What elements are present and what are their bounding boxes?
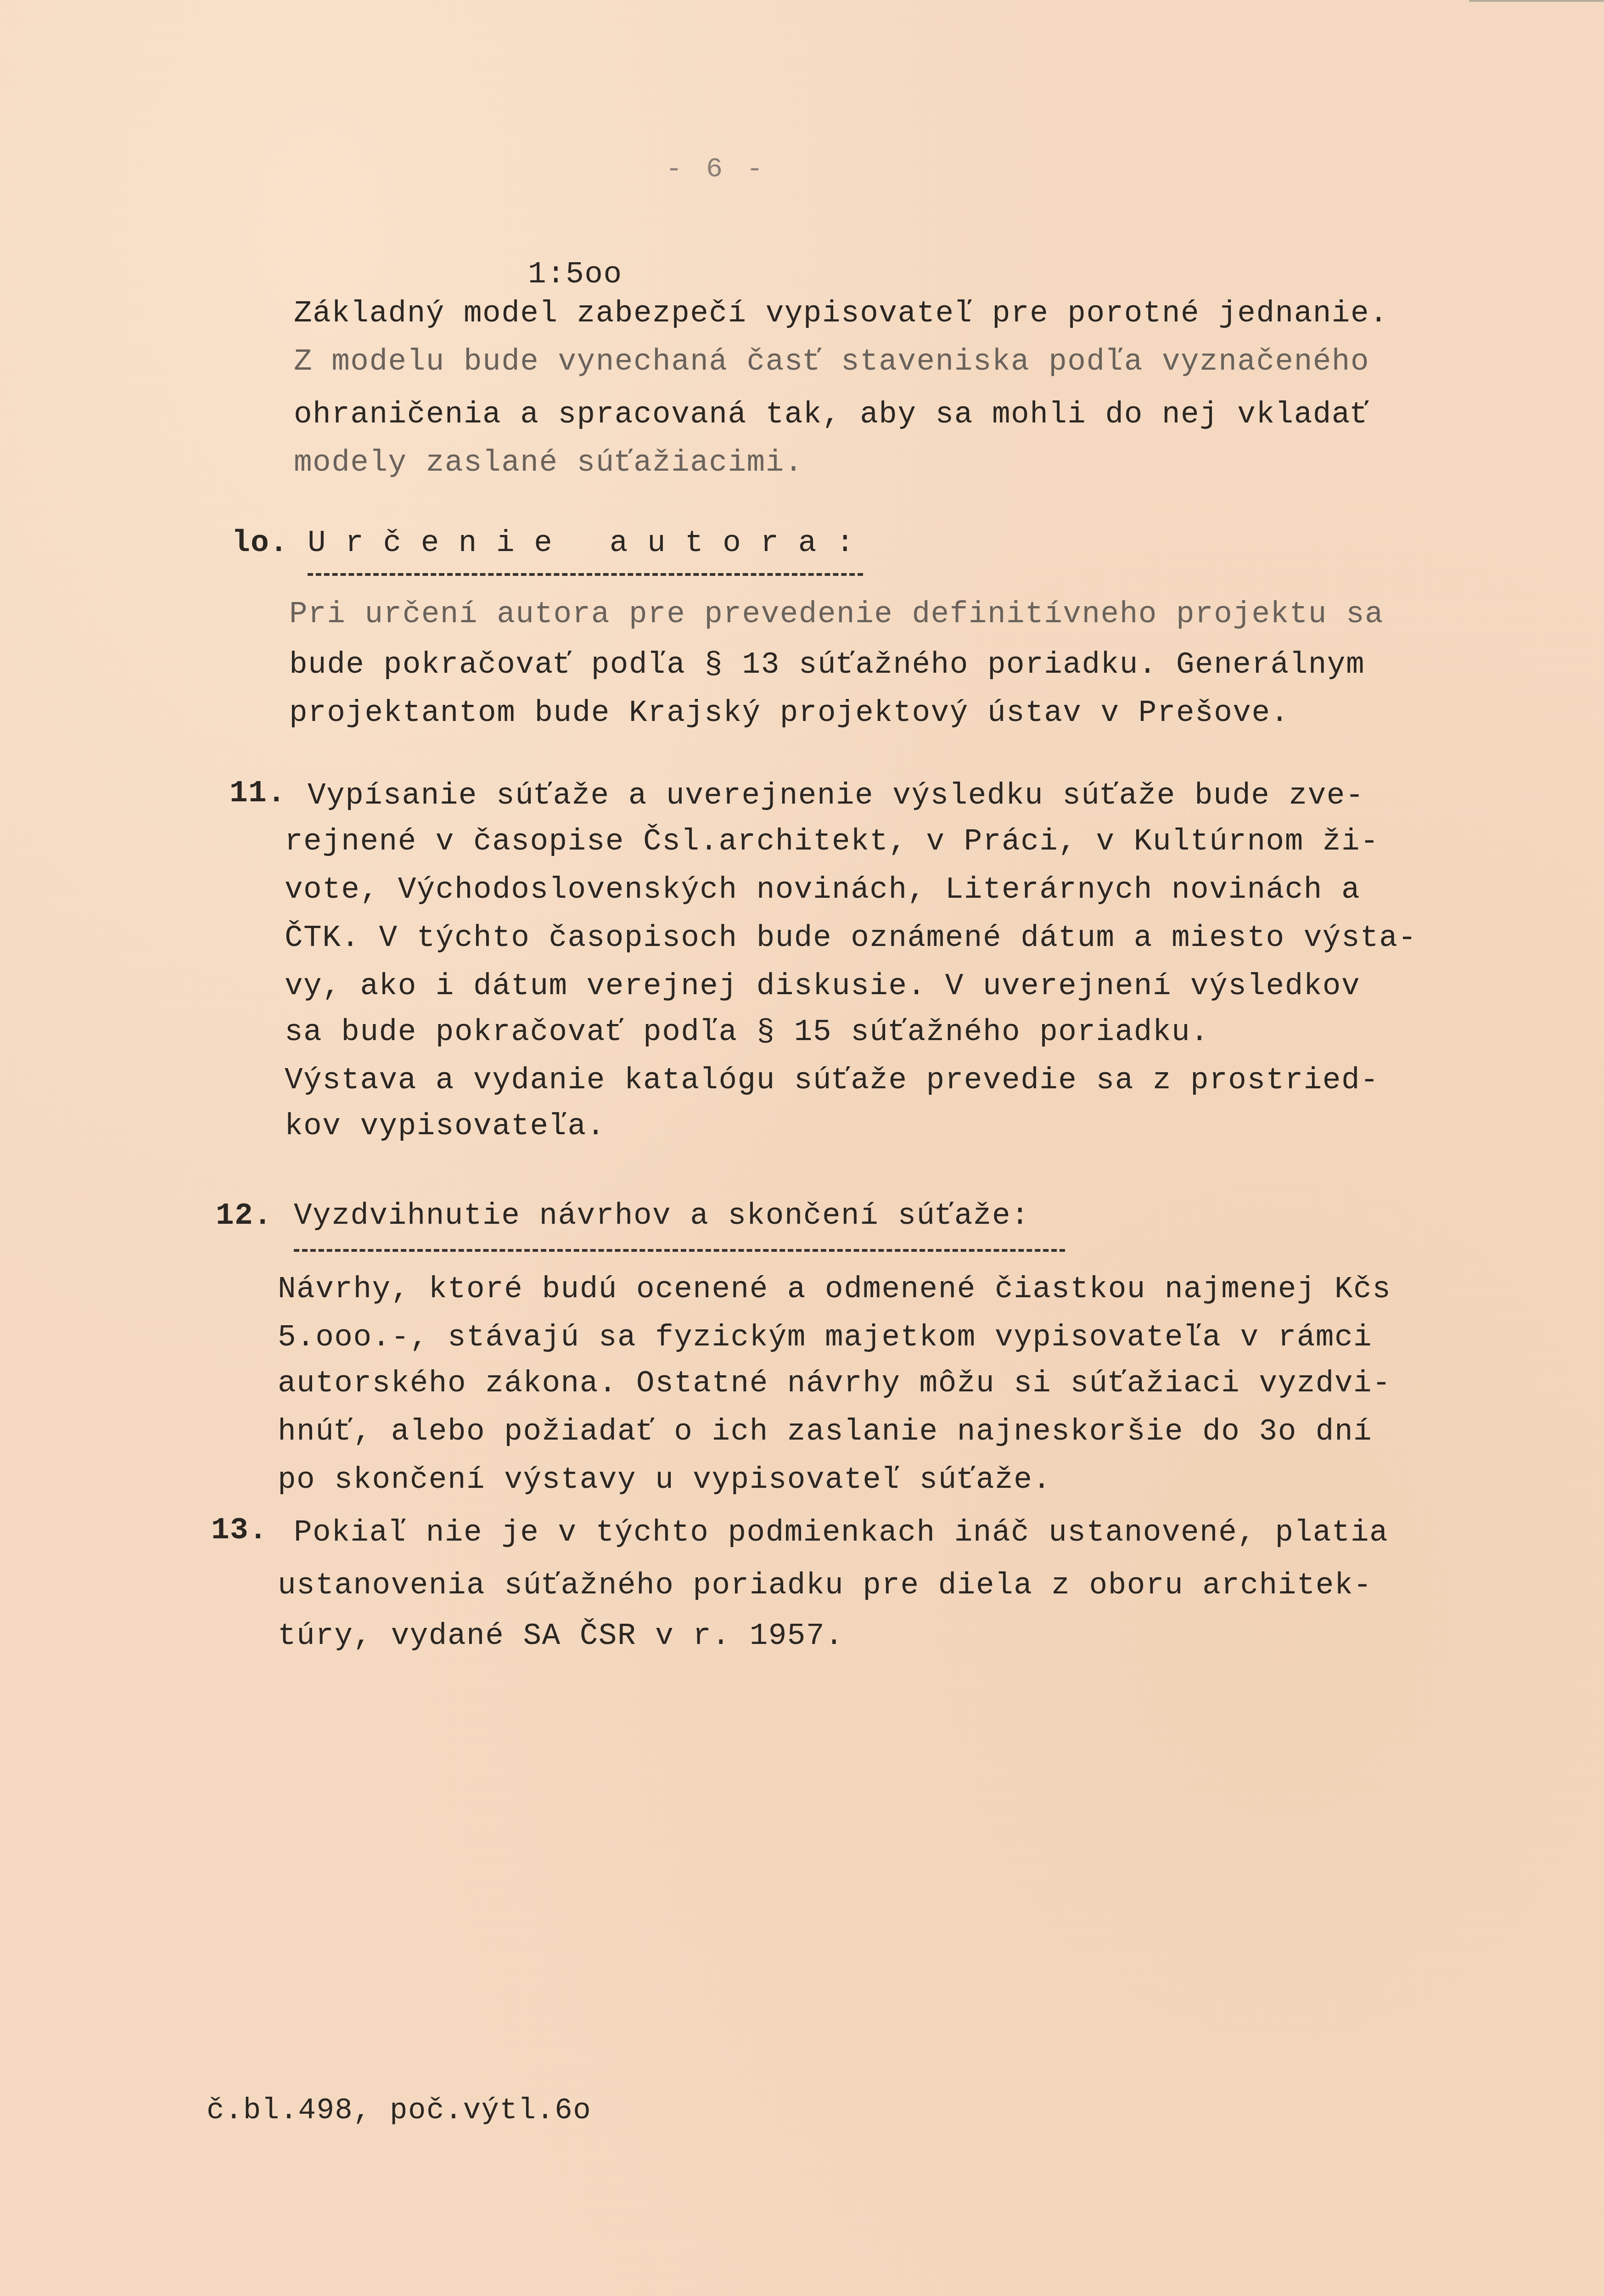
section-number: 13. (211, 1515, 268, 1546)
section-line: Návrhy, ktoré budú ocenené a odmenené či… (278, 1274, 1391, 1305)
section-line: projektantom bude Krajský projektový úst… (289, 698, 1290, 728)
footnote-print-info: č.bl.498, poč.výtl.6o (207, 2096, 591, 2126)
section-line: Pri určení autora pre prevedenie definit… (289, 599, 1384, 630)
section-line: po skončení výstavy u vypisovateľ súťaže… (278, 1465, 1051, 1495)
section-line: ustanovenia súťažného poriadku pre diela… (278, 1570, 1372, 1601)
section-line: autorského zákona. Ostatné návrhy môžu s… (278, 1368, 1391, 1399)
paper-top-edge (1469, 0, 1604, 2)
intro-line: ohraničenia a spracovaná tak, aby sa moh… (294, 400, 1369, 430)
scale-label: 1:5oo (528, 259, 623, 290)
section-line: Pokiaľ nie je v týchto podmienkach ináč … (294, 1518, 1388, 1548)
section-heading: U r č e n i e a u t o r a : (308, 528, 855, 558)
section-line: kov vypisovateľa. (285, 1111, 606, 1142)
section-line: rejnené v časopise Čsl.architekt, v Prác… (285, 827, 1379, 857)
page-number: - 6 - (666, 154, 767, 185)
intro-line: Základný model zabezpečí vypisovateľ pre… (294, 298, 1388, 329)
section-line: túry, vydané SA ČSR v r. 1957. (278, 1621, 844, 1651)
section-line: Vypísanie súťaže a uverejnenie výsledku … (308, 781, 1364, 811)
section-line: Výstava a vydanie katalógu súťaže preved… (285, 1065, 1379, 1096)
section-number: 12. (216, 1201, 272, 1231)
intro-line: modely zaslané súťažiacimi. (294, 448, 803, 478)
section-line: bude pokračovať podľa § 13 súťažného por… (289, 650, 1365, 680)
section-line: 5.ooo.-, stávajú sa fyzickým majetkom vy… (278, 1322, 1372, 1353)
section-line: sa bude pokračovať podľa § 15 súťažného … (285, 1017, 1209, 1047)
section-line: vy, ako i dátum verejnej diskusie. V uve… (285, 971, 1360, 1002)
section-line: vote, Východoslovenských novinách, Liter… (285, 875, 1360, 905)
section-line: hnúť, alebo požiadať o ich zaslanie najn… (278, 1417, 1372, 1447)
heading-underline (308, 573, 863, 576)
intro-line: Z modelu bude vynechaná časť staveniska … (294, 347, 1369, 377)
heading-underline (294, 1249, 1065, 1252)
section-heading: Vyzdvihnutie návrhov a skončení súťaže: (294, 1201, 1030, 1231)
section-number: lo. (232, 528, 288, 558)
section-number: 11. (230, 778, 286, 809)
section-line: ČTK. V týchto časopisoch bude oznámené d… (285, 923, 1417, 953)
